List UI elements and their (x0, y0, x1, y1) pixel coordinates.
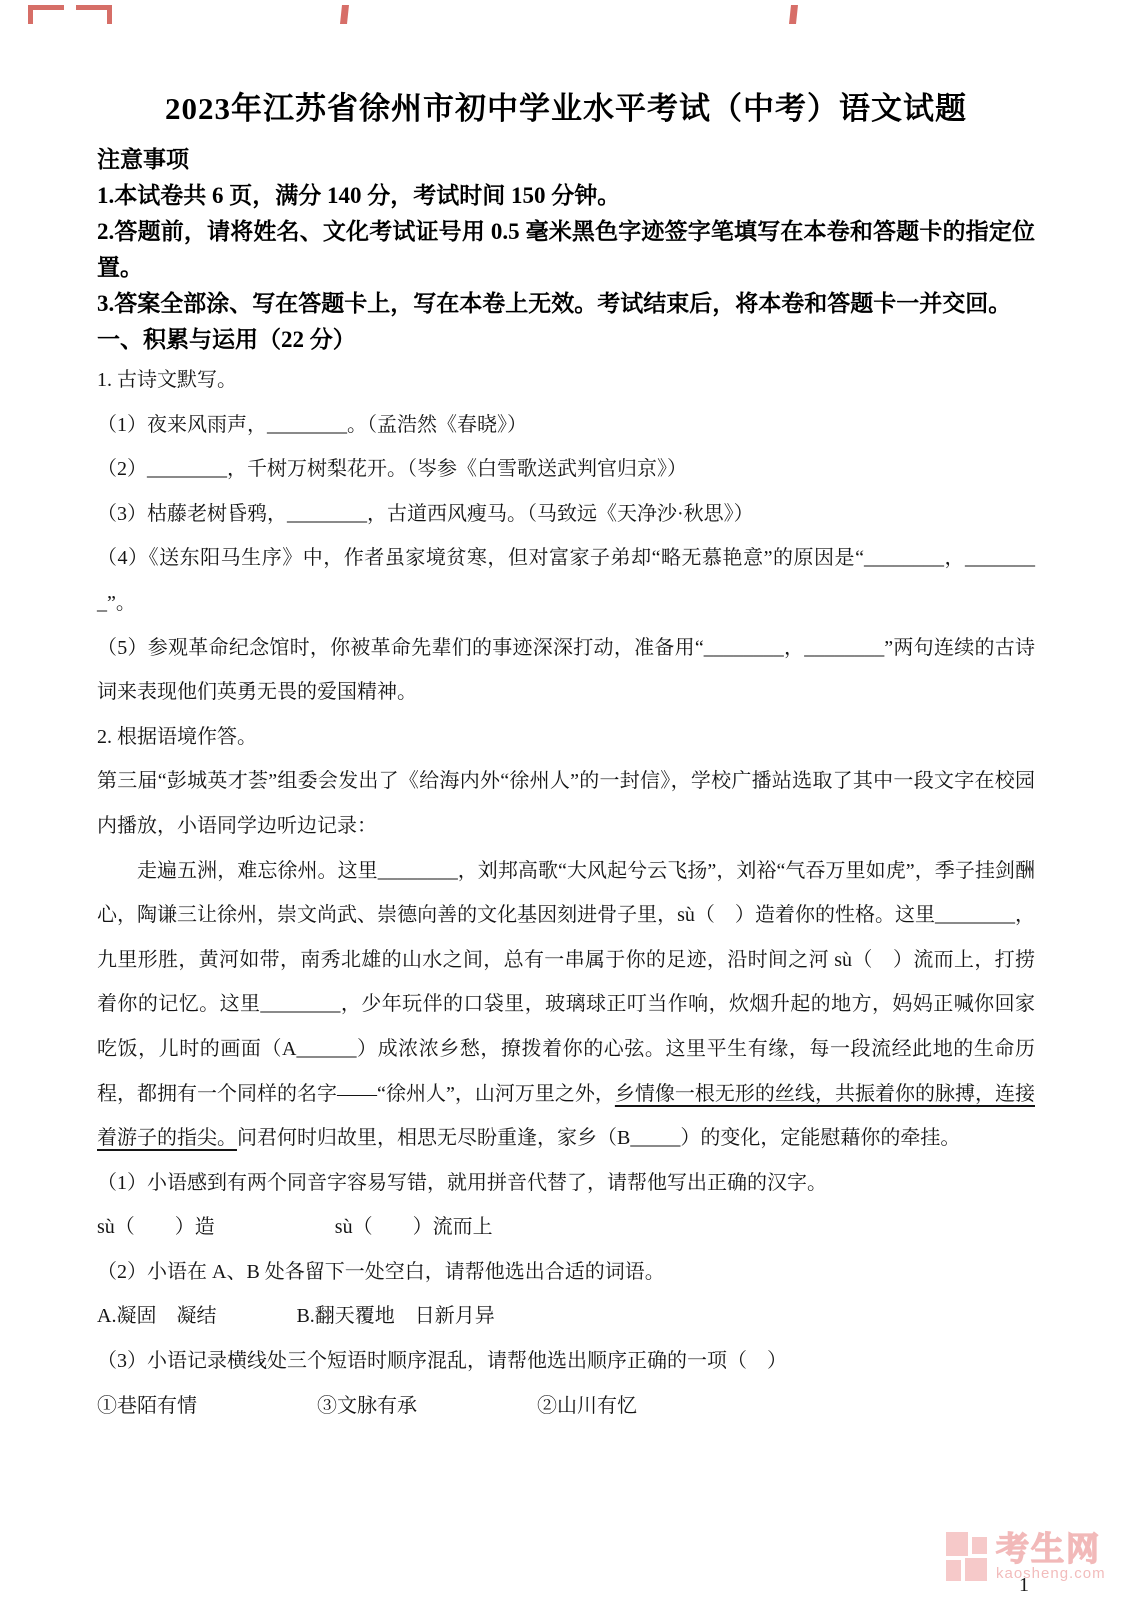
text-run: 1. 古诗文默写。 (97, 369, 237, 391)
question-2-sub-3: （3）小语记录横线处三个短语时顺序混乱，请帮他选出顺序正确的一项（ ） (97, 1339, 1035, 1384)
text-run: （2）小语在 A、B 处各留下一处空白，请帮他选出合适的词语。 (97, 1261, 665, 1283)
text-run: 1.本试卷共 6 页，满分 140 分，考试时间 150 分钟。 (97, 183, 620, 208)
text-run: 第三届“彭城英才荟”组委会发出了《给海内外“徐州人”的一封信》，学校广播站选取了… (97, 770, 1035, 837)
question-1-item-2: （2）________，千树万树梨花开。（岑参《白雪歌送武判官归京》） (97, 447, 1035, 492)
page-title: 2023年江苏省徐州市初中学业水平考试（中考）语文试题 (97, 86, 1035, 132)
red-scan-mark (76, 5, 112, 24)
watermark-text: 考生网 kaosheng.com (996, 1532, 1106, 1582)
text-run: （3）小语记录横线处三个短语时顺序混乱，请帮他选出顺序正确的一项（ ） (97, 1350, 787, 1372)
text-run: 2. 根据语境作答。 (97, 726, 257, 748)
notice-heading: 注意事项 (97, 142, 1035, 178)
notice-item-3: 3.答案全部涂、写在答题卡上，写在本卷上无效。考试结束后，将本卷和答题卡一并交回… (97, 286, 1035, 322)
text-run: sù（ ）造 sù（ ）流而上 (97, 1216, 493, 1238)
question-2-sub-2: （2）小语在 A、B 处各留下一处空白，请帮他选出合适的词语。 (97, 1250, 1035, 1295)
red-scan-mark (789, 5, 798, 24)
kaosheng-logo-icon (946, 1532, 988, 1582)
text-run: （4）《送东阳马生序》中，作者虽家境贫寒，但对富家子弟却“略无慕艳意”的原因是“… (97, 547, 1035, 614)
text-run: ①巷陌有情 ③文脉有承 ②山川有忆 (97, 1395, 637, 1417)
text-run: 一、积累与运用（22 分） (97, 327, 356, 352)
text-run: A.凝固 凝结 B.翻天覆地 日新月异 (97, 1305, 495, 1327)
red-scan-mark (28, 5, 64, 24)
exam-paper-page: { "title": "2023年江苏省徐州市初中学业水平考试（中考）语文试题"… (0, 0, 1131, 1600)
red-scan-mark (340, 5, 349, 24)
watermark-brand: 考生网 (996, 1532, 1106, 1565)
text-run: 3.答案全部涂、写在答题卡上，写在本卷上无效。考试结束后，将本卷和答题卡一并交回… (97, 291, 1011, 316)
notice-item-1: 1.本试卷共 6 页，满分 140 分，考试时间 150 分钟。 (97, 178, 1035, 214)
question-1-stem: 1. 古诗文默写。 (97, 358, 1035, 403)
question-2-sub-1: （1）小语感到有两个同音字容易写错，就用拼音代替了，请帮他写出正确的汉字。 (97, 1161, 1035, 1206)
question-1-item-1: （1）夜来风雨声，________。（孟浩然《春晓》） (97, 403, 1035, 448)
text-run: 走遍五洲，难忘徐州。这里________，刘邦高歌“大风起兮云飞扬”，刘裕“气吞… (97, 860, 1035, 1105)
document-body: 注意事项1.本试卷共 6 页，满分 140 分，考试时间 150 分钟。2.答题… (97, 142, 1035, 1428)
question-2-stem: 2. 根据语境作答。 (97, 715, 1035, 760)
watermark-domain: kaosheng.com (996, 1565, 1106, 1582)
text-run: 问君何时归故里，相思无尽盼重逢，家乡（B_____）的变化，定能慰藉你的牵挂。 (237, 1127, 960, 1149)
question-2-sub-1-blanks: sù（ ）造 sù（ ）流而上 (97, 1205, 1035, 1250)
question-1-item-4: （4）《送东阳马生序》中，作者虽家境贫寒，但对富家子弟却“略无慕艳意”的原因是“… (97, 536, 1035, 625)
text-run: （5）参观革命纪念馆时，你被革命先辈们的事迹深深打动，准备用“________，… (97, 637, 1035, 704)
document-content: 2023年江苏省徐州市初中学业水平考试（中考）语文试题 注意事项1.本试卷共 6… (97, 0, 1035, 1428)
text-run: （1）夜来风雨声，________。（孟浩然《春晓》） (97, 414, 527, 436)
question-2-passage: 走遍五洲，难忘徐州。这里________，刘邦高歌“大风起兮云飞扬”，刘裕“气吞… (97, 849, 1035, 1161)
question-2-sub-3-options: ①巷陌有情 ③文脉有承 ②山川有忆 (97, 1384, 1035, 1429)
text-run: （1）小语感到有两个同音字容易写错，就用拼音代替了，请帮他写出正确的汉字。 (97, 1172, 827, 1194)
scan-artifacts (0, 0, 1131, 36)
question-1-item-5: （5）参观革命纪念馆时，你被革命先辈们的事迹深深打动，准备用“________，… (97, 626, 1035, 715)
text-run: （3）枯藤老树昏鸦，________，古道西风瘦马。（马致远《天净沙·秋思》） (97, 503, 754, 525)
text-run: （2）________，千树万树梨花开。（岑参《白雪歌送武判官归京》） (97, 458, 687, 480)
page-number: 1 (1014, 1574, 1034, 1597)
text-run: 2.答题前，请将姓名、文化考试证号用 0.5 毫米黑色字迹签字笔填写在本卷和答题… (97, 219, 1035, 280)
section-1-heading: 一、积累与运用（22 分） (97, 322, 1035, 358)
notice-item-2: 2.答题前，请将姓名、文化考试证号用 0.5 毫米黑色字迹签字笔填写在本卷和答题… (97, 214, 1035, 286)
text-run: 注意事项 (97, 147, 189, 172)
question-1-item-3: （3）枯藤老树昏鸦，________，古道西风瘦马。（马致远《天净沙·秋思》） (97, 492, 1035, 537)
question-2-intro: 第三届“彭城英才荟”组委会发出了《给海内外“徐州人”的一封信》，学校广播站选取了… (97, 759, 1035, 848)
question-2-sub-2-options: A.凝固 凝结 B.翻天覆地 日新月异 (97, 1294, 1035, 1339)
